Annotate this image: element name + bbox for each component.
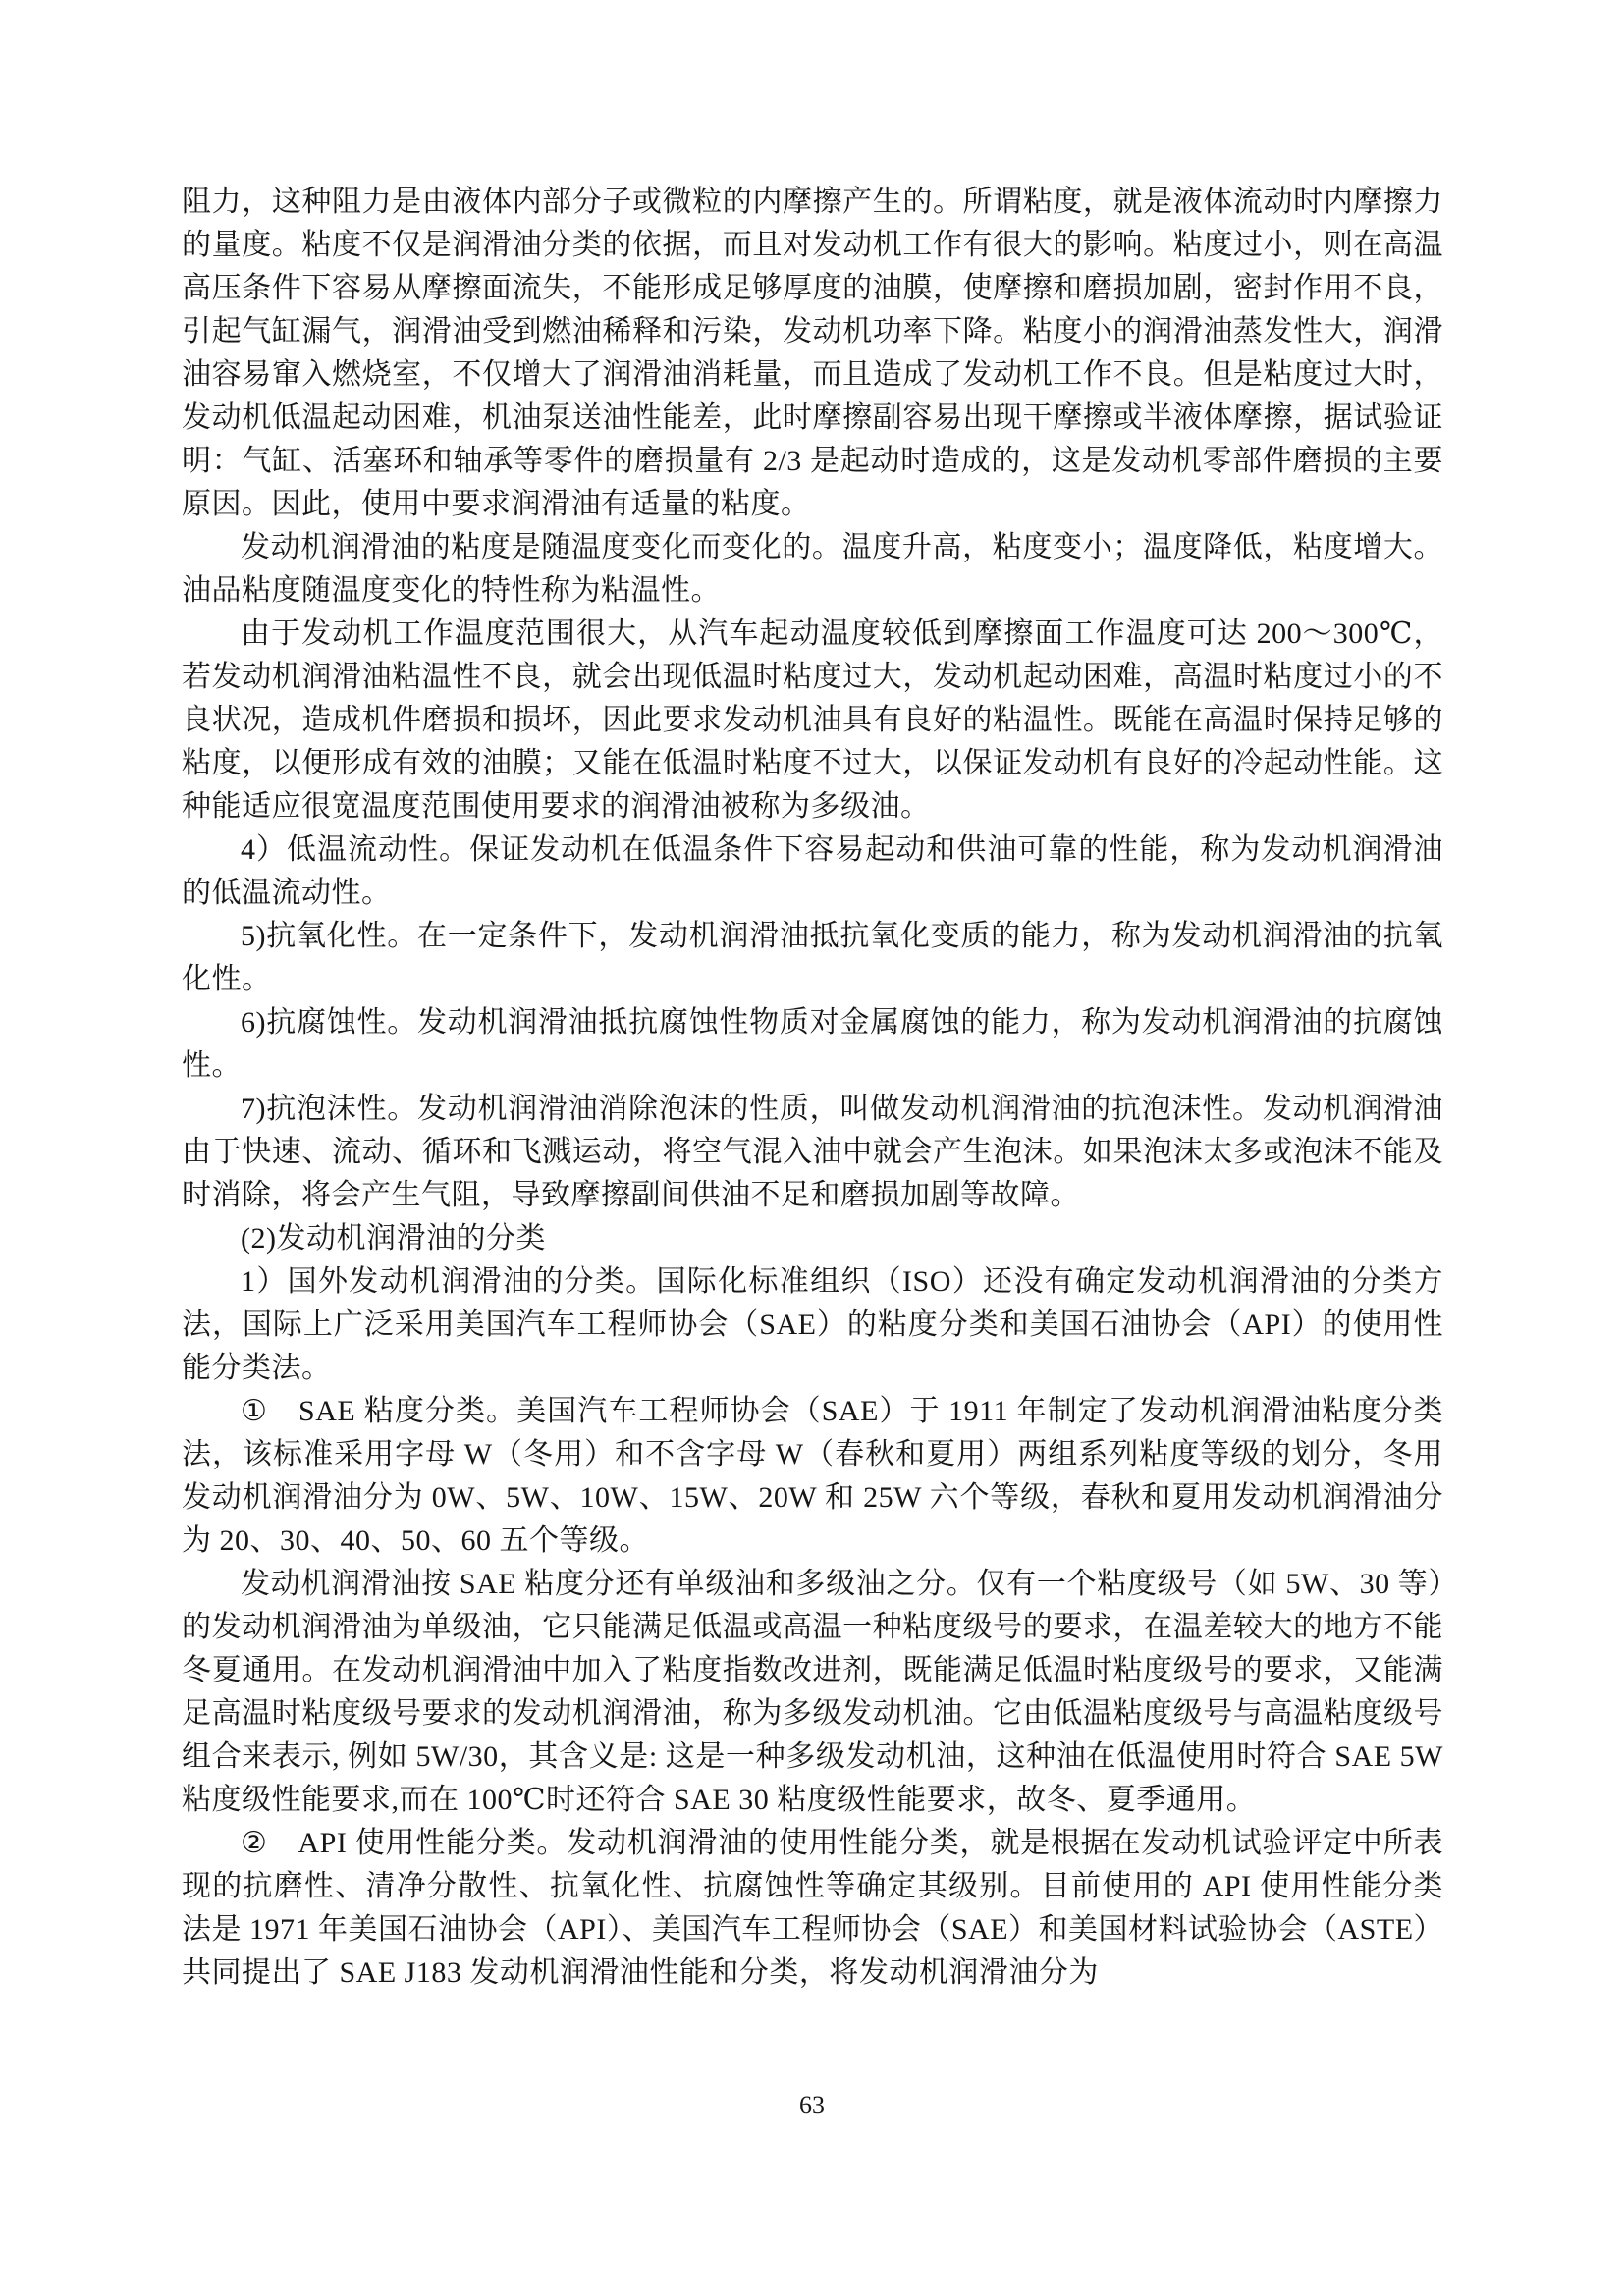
- paragraph: (2)发动机润滑油的分类: [182, 1217, 1443, 1260]
- paragraph: 由于发动机工作温度范围很大，从汽车起动温度较低到摩擦面工作温度可达 200～30…: [182, 613, 1443, 828]
- paragraph: 阻力，这种阻力是由液体内部分子或微粒的内摩擦产生的。所谓粘度，就是液体流动时内摩…: [182, 181, 1443, 526]
- paragraph: 发动机润滑油按 SAE 粘度分还有单级油和多级油之分。仅有一个粘度级号（如 5W…: [182, 1563, 1443, 1822]
- document-page: 阻力，这种阻力是由液体内部分子或微粒的内摩擦产生的。所谓粘度，就是液体流动时内摩…: [0, 0, 1624, 2296]
- document-body: 阻力，这种阻力是由液体内部分子或微粒的内摩擦产生的。所谓粘度，就是液体流动时内摩…: [182, 181, 1443, 1995]
- paragraph: ① SAE 粘度分类。美国汽车工程师协会（SAE）于 1911 年制定了发动机润…: [182, 1390, 1443, 1563]
- paragraph: 4）低温流动性。保证发动机在低温条件下容易起动和供油可靠的性能，称为发动机润滑油…: [182, 828, 1443, 915]
- paragraph: 1）国外发动机润滑油的分类。国际化标准组织（ISO）还没有确定发动机润滑油的分类…: [182, 1260, 1443, 1390]
- page-number: 63: [0, 2091, 1624, 2120]
- paragraph: 6)抗腐蚀性。发动机润滑油抵抗腐蚀性物质对金属腐蚀的能力，称为发动机润滑油的抗腐…: [182, 1001, 1443, 1088]
- paragraph: 发动机润滑油的粘度是随温度变化而变化的。温度升高，粘度变小；温度降低，粘度增大。…: [182, 526, 1443, 613]
- paragraph: 7)抗泡沫性。发动机润滑油消除泡沫的性质，叫做发动机润滑油的抗泡沫性。发动机润滑…: [182, 1088, 1443, 1217]
- paragraph: ② API 使用性能分类。发动机润滑油的使用性能分类，就是根据在发动机试验评定中…: [182, 1822, 1443, 1995]
- paragraph: 5)抗氧化性。在一定条件下，发动机润滑油抵抗氧化变质的能力，称为发动机润滑油的抗…: [182, 915, 1443, 1001]
